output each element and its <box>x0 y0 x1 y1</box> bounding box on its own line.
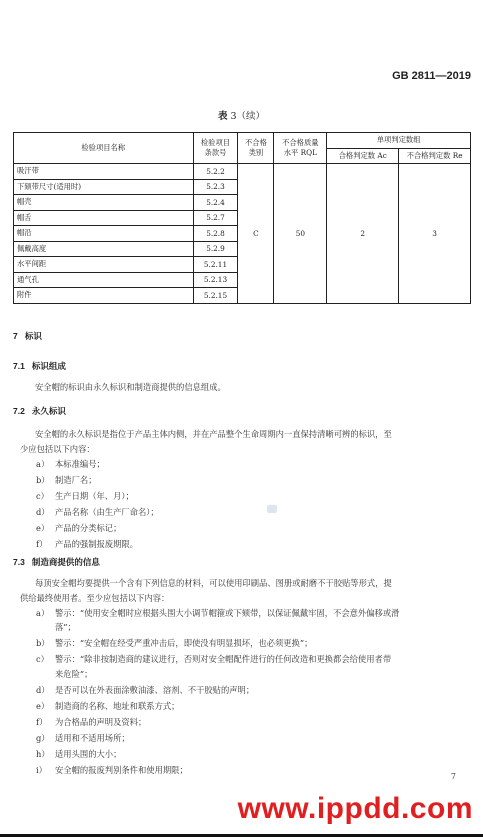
section-7-3-text-line1: 每顶安全帽均要提供一个含有下列信息的材料，可以使用印刷品、图册或耐磨不干胶贴等形… <box>35 577 392 589</box>
page-number: 7 <box>451 772 456 781</box>
section-7-2-heading: 7.2 永久标识 <box>13 405 66 417</box>
list-item: d）产品名称（由生产厂命名）； <box>36 506 159 518</box>
list-item: c）警示：“除非按制造商的建议进行，否则对安全帽配件进行的任何改造和更换都会给使… <box>36 653 391 665</box>
header-ac: 合格判定数 Ac <box>327 148 399 164</box>
list-item: f）产品的强制报废期限。 <box>36 538 138 550</box>
list-item: i）安全帽的报废判别条件和使用期限； <box>36 764 188 776</box>
watermark-link[interactable]: www.ippdd.com <box>238 792 473 826</box>
merged-rql: 50 <box>274 164 327 304</box>
merged-category: C <box>238 164 274 304</box>
table-title: 表 3（续） <box>0 108 483 122</box>
list-item: b）警示：“安全帽在经受严重冲击后，即使没有明显损坏，也必须更换”； <box>36 637 312 649</box>
standard-number: GB 2811—2019 <box>392 70 471 82</box>
merged-re: 3 <box>399 164 471 304</box>
list-item: a）警示：“使用安全帽时应根据头围大小调节帽箍或下颏带，以保证佩戴牢固，不会意外… <box>36 607 399 619</box>
header-category: 不合格类别 <box>238 133 274 164</box>
header-re: 不合格判定数 Re <box>399 148 471 164</box>
list-item: b）制造厂名； <box>36 474 97 486</box>
list-item-continuation: 来危险”； <box>55 668 92 680</box>
header-rql: 不合格质量水平 RQL <box>274 133 327 164</box>
list-item: g）适用和不适用场所； <box>36 732 130 744</box>
section-7-1-heading: 7.1 标识组成 <box>13 360 66 372</box>
list-item: d）是否可以在外表面涂敷油漆、溶剂、不干胶贴的声明； <box>36 684 254 696</box>
table-row: 吸汗带 5.2.2 C 50 2 3 <box>14 164 471 180</box>
scan-artifact <box>267 505 277 513</box>
list-item: e）产品的分类标记； <box>36 522 121 534</box>
section-7-1-text: 安全帽的标识由永久标识和制造商提供的信息组成。 <box>35 381 226 393</box>
list-item: e）制造商的名称、地址和联系方式； <box>36 700 179 712</box>
list-item: h）适用头围的大小； <box>36 748 121 760</box>
section-7-2-text-line2: 少应包括以下内容： <box>20 443 95 455</box>
list-item: f）为合格品的声明及资料； <box>36 716 146 728</box>
list-item: c）生产日期（年、月）； <box>36 490 134 502</box>
list-item-continuation: 落”； <box>55 621 76 633</box>
section-7-heading: 7 标识 <box>13 330 42 342</box>
list-item: a）本标准编号； <box>36 458 105 470</box>
merged-ac: 2 <box>327 164 399 304</box>
section-7-3-text-line2: 供给最终使用者。至少应包括以下内容： <box>20 592 169 604</box>
section-7-3-heading: 7.3 制造商提供的信息 <box>13 556 100 568</box>
header-judgement-group: 单项判定数组 <box>327 133 471 149</box>
section-7-2-text-line1: 安全帽的永久标识是指位于产品主体内侧，并在产品整个生命周期内一直保持清晰可辨的标… <box>35 428 392 440</box>
header-clause-no: 检验项目条款号 <box>193 133 238 164</box>
bottom-divider <box>0 834 483 837</box>
inspection-table: 检验项目名称 检验项目条款号 不合格类别 不合格质量水平 RQL 单项判定数组 … <box>13 132 471 304</box>
table-header-row: 检验项目名称 检验项目条款号 不合格类别 不合格质量水平 RQL 单项判定数组 <box>14 133 471 149</box>
header-item-name: 检验项目名称 <box>14 133 194 164</box>
